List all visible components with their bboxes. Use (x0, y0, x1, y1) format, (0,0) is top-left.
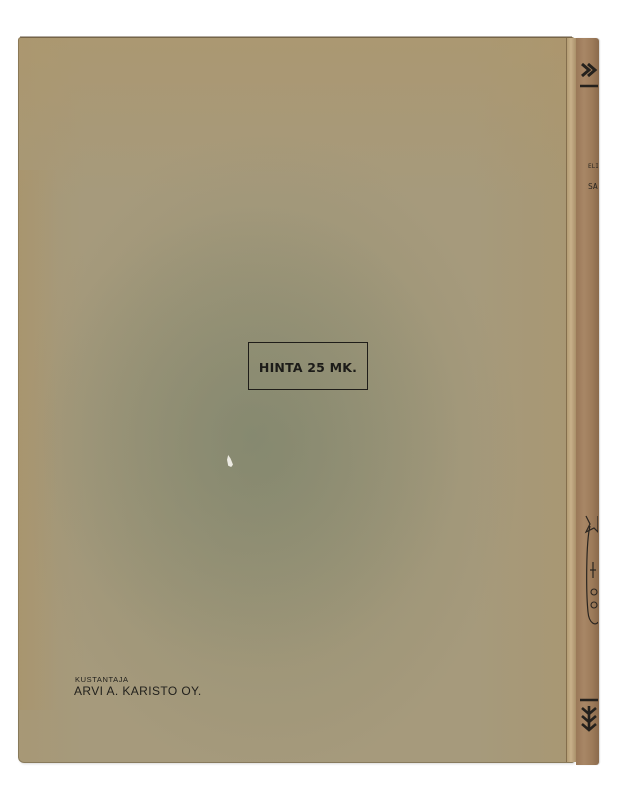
price-label-box: HINTA 25 MK. (248, 342, 368, 390)
spine-text-line-2: SAN (588, 182, 598, 191)
book-back-cover (18, 37, 574, 763)
spine-text-line-1: ELI (588, 163, 598, 170)
arrow-ornament-top-icon (580, 62, 598, 92)
publisher-label: KUSTANTAJA (75, 675, 129, 684)
cover-stain (18, 170, 58, 710)
publisher-name: ARVI A. KARISTO OY. (74, 684, 202, 698)
arrow-ornament-bottom-icon (580, 696, 598, 732)
decorative-emblem-icon (584, 512, 598, 632)
price-label-text: HINTA 25 MK. (259, 360, 357, 375)
book-spine (576, 38, 599, 765)
cover-top-edge (20, 36, 572, 38)
